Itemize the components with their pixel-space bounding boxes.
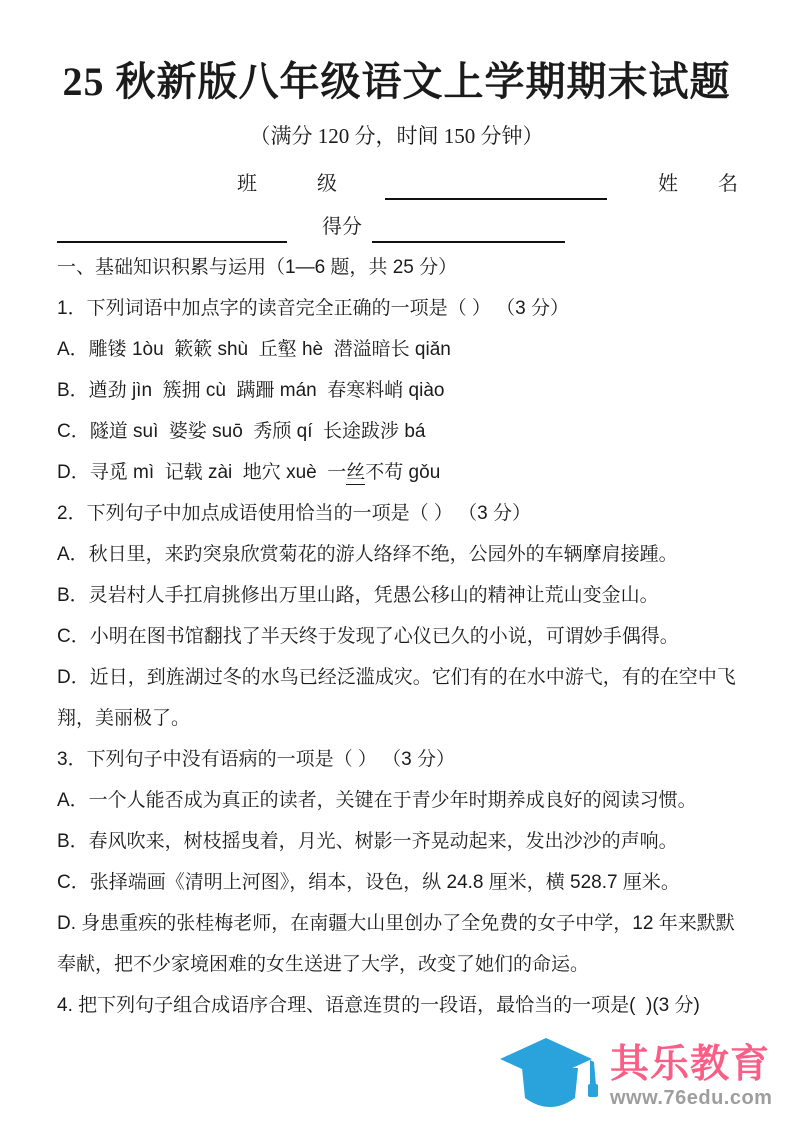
q1-option-c: C．隧道 suì 婆娑 suō 秀颀 qí 长途跋涉 bá: [57, 411, 745, 452]
q2-option-a: A．秋日里，来趵突泉欣赏菊花的游人络绎不绝，公园外的车辆摩肩接踵。: [57, 534, 745, 575]
exam-page: 25 秋新版八年级语文上学期期末试题 （满分 120 分，时间 150 分钟） …: [0, 0, 793, 1122]
brand-text: 其乐教育 www.76edu.com: [610, 1044, 786, 1109]
class-name-row: 班 级 姓 名: [0, 168, 793, 202]
page-title: 25 秋新版八年级语文上学期期末试题: [0, 58, 793, 106]
score-row: 得分: [0, 211, 793, 245]
q1-option-d-emphasized-char: 丝: [346, 462, 365, 485]
q1-option-b: B．遒劲 jìn 簇拥 cù 蹒跚 mán 春寒料峭 qiào: [57, 370, 745, 411]
brand-logo: 其乐教育 www.76edu.com: [500, 1036, 786, 1114]
q2-option-b: B．灵岩村人手扛肩挑修出万里山路，凭愚公移山的精神让荒山变金山。: [57, 575, 745, 616]
question-1-stem: 1．下列词语中加点字的读音完全正确的一项是（ ） （3 分）: [57, 288, 745, 329]
q2-option-d: D．近日，到旌湖过冬的水鸟已经泛滥成灾。它们有的在水中游弋，有的在空中飞翔，美丽…: [57, 657, 745, 739]
q3-option-a: A．一个人能否成为真正的读者，关键在于青少年时期养成良好的阅读习惯。: [57, 780, 745, 821]
question-3-stem: 3．下列句子中没有语病的一项是（ ） （3 分）: [57, 739, 745, 780]
graduation-cap-icon: [500, 1036, 608, 1114]
q1-option-d-pre: D．寻觅 mì 记载 zài 地穴 xuè 一: [57, 462, 346, 483]
q1-option-d-post: 不苟 gǒu: [365, 462, 440, 483]
question-4-stem: 4. 把下列句子组合成语序合理、语意连贯的一段语，最恰当的一项是( )(3 分): [57, 985, 745, 1026]
q2-option-c: C．小明在图书馆翻找了半天终于发现了心仪已久的小说，可谓妙手偶得。: [57, 616, 745, 657]
score-input-line: [372, 211, 565, 243]
q3-option-d: D. 身患重疾的张桂梅老师，在南疆大山里创办了全免费的女子中学，12 年来默默奉…: [57, 903, 745, 985]
class-input-line: [385, 168, 607, 200]
q1-option-a: A．雕镂 1òu 簌簌 shù 丘壑 hè 潜溢暗长 qiǎn: [57, 329, 745, 370]
name-label: 姓 名: [658, 168, 738, 200]
question-2-stem: 2．下列句子中加点成语使用恰当的一项是（ ） （3 分）: [57, 493, 745, 534]
q1-option-d: D．寻觅 mì 记载 zài 地穴 xuè 一丝不苟 gǒu: [57, 452, 745, 493]
brand-url: www.76edu.com: [610, 1087, 786, 1109]
brand-name: 其乐教育: [610, 1044, 786, 1086]
exam-body: 一、基础知识积累与运用（1—6 题，共 25 分） 1．下列词语中加点字的读音完…: [57, 247, 745, 1026]
score-label: 得分: [322, 211, 362, 243]
name-input-line: [57, 211, 287, 243]
q3-option-c: C．张择端画《清明上河图》，绢本，设色，纵 24.8 厘米，横 528.7 厘米…: [57, 862, 745, 903]
exam-subtitle: （满分 120 分，时间 150 分钟）: [0, 122, 793, 150]
q3-option-b: B．春风吹来，树枝摇曳着，月光、树影一齐晃动起来，发出沙沙的声响。: [57, 821, 745, 862]
class-label: 班 级: [237, 168, 337, 200]
section-heading: 一、基础知识积累与运用（1—6 题，共 25 分）: [57, 247, 745, 288]
